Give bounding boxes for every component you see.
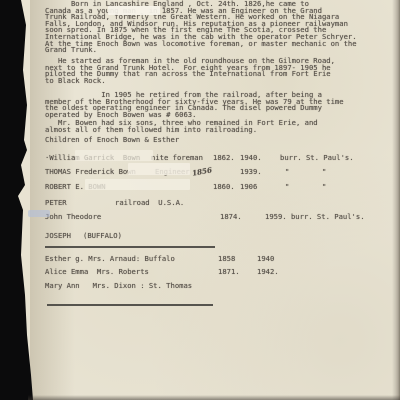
name-cell: JOSEPH xyxy=(45,231,71,240)
paragraph-sons: Mr. Bowen had six sons, three who remain… xyxy=(45,120,318,133)
whiteout-patch xyxy=(128,163,190,175)
children-heading: Children of Enoch Bown & Esther xyxy=(45,137,179,144)
birth-year-cell: 1862. xyxy=(213,153,235,162)
death-year-cell: 1940. xyxy=(240,153,262,162)
family-row-alice: Alice Emma Mrs. Roberts 1871. 1942. xyxy=(45,267,375,277)
name-cell: John Theodore xyxy=(45,212,101,221)
name-cell: PETER xyxy=(45,198,67,207)
family-row-thomas: THOMAS Frederick Bown Engineer 1856 1939… xyxy=(45,167,375,177)
handwritten-year-note: 1856 xyxy=(191,165,212,177)
location-cell: (BUFFALO) xyxy=(83,231,122,240)
death-year-cell: 1942. xyxy=(257,267,279,276)
family-row-joseph: JOSEPH (BUFFALO) xyxy=(45,231,375,241)
whiteout-patch xyxy=(75,150,153,161)
occupation-cell: railroad U.S.A. xyxy=(115,198,184,207)
paper-bottom-shadow xyxy=(28,395,400,400)
death-year-cell: 1906 xyxy=(240,182,257,191)
ditto-mark: " xyxy=(322,167,326,176)
paragraph-foreman-roundhouse: He started as foreman in the old roundho… xyxy=(45,58,335,84)
whiteout-patch xyxy=(85,179,190,190)
occupation-cell: nite foreman xyxy=(151,153,203,162)
divider-line xyxy=(45,246,215,248)
paragraph-birth-and-career: Born in Lancashire England , Oct. 24th. … xyxy=(45,1,357,54)
blue-ink-streak xyxy=(28,210,50,217)
family-row-esther: Esther g. Mrs. Arnaud: Buffalo 1858 1940 xyxy=(45,254,375,264)
name-cell: Esther g. Mrs. Arnaud: Buffalo xyxy=(45,254,175,263)
name-cell: THOMAS Frederick Bown xyxy=(45,167,136,176)
family-row-john: John Theodore 1874. 1959. burr. St. Paul… xyxy=(45,212,375,222)
death-burial-cell: 1959. burr. St. Paul's. xyxy=(265,212,365,221)
whiteout-patch xyxy=(108,6,160,15)
divider-line xyxy=(47,304,213,306)
birth-year-cell: 1871. xyxy=(218,267,240,276)
birth-year-cell: 1860. xyxy=(213,182,235,191)
name-cell: Mary Ann Mrs. Dixon : St. Thomas xyxy=(45,281,192,290)
family-row-peter: PETER railroad U.S.A. xyxy=(45,198,375,208)
burial-cell: burr. St. Paul's. xyxy=(280,153,354,162)
scanned-document-page: Born in Lancashire England , Oct. 24th. … xyxy=(0,0,400,400)
birth-year-cell: 1874. xyxy=(220,212,242,221)
paragraph-retirement: In 1905 he retired from the railroad, af… xyxy=(45,92,344,118)
paper-right-edge xyxy=(392,0,400,400)
name-cell: Alice Emma Mrs. Roberts xyxy=(45,267,149,276)
family-row-maryann: Mary Ann Mrs. Dixon : St. Thomas xyxy=(45,281,375,291)
death-year-cell: 1940 xyxy=(257,254,274,263)
ditto-mark: " xyxy=(285,182,289,191)
birth-year-cell: 1858 xyxy=(218,254,235,263)
death-year-cell: 1939. xyxy=(240,167,262,176)
ditto-mark: " xyxy=(322,182,326,191)
ditto-mark: " xyxy=(285,167,289,176)
scan-edge-black-band xyxy=(0,0,34,400)
